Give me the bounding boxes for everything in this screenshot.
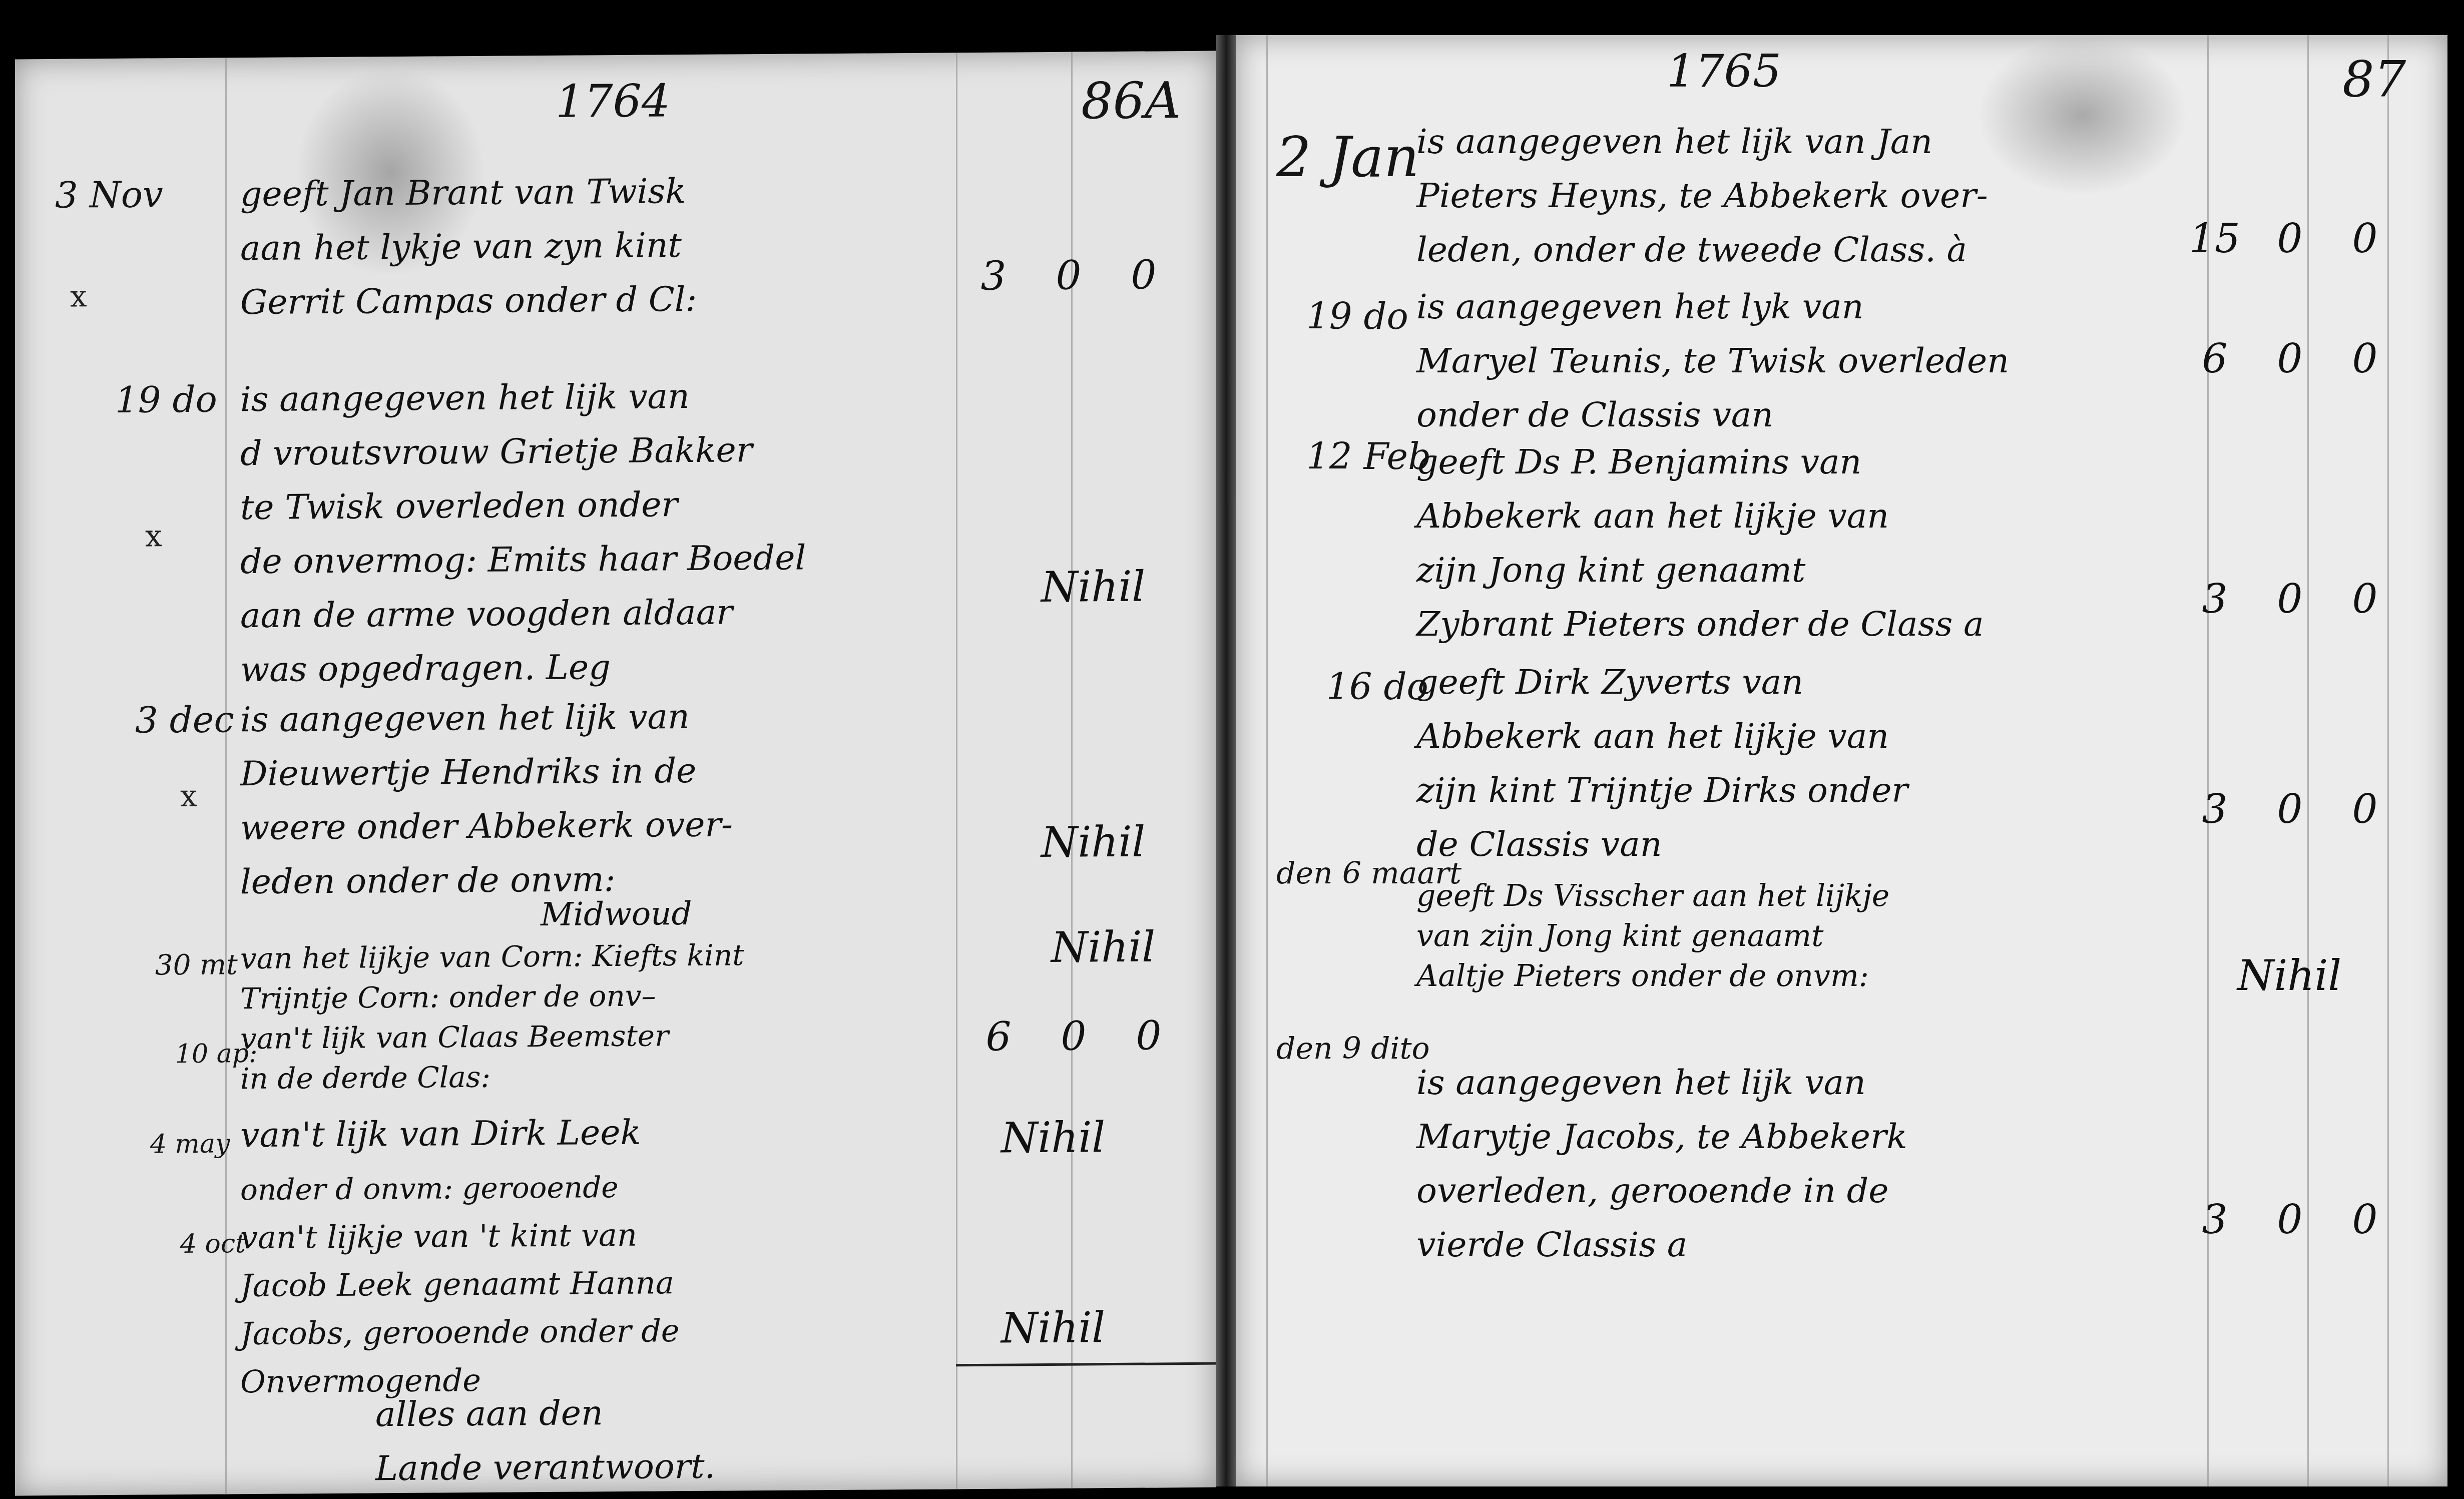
amount-guilders: 3 [2177,1196,2252,1243]
page-number: 86A [1081,71,1181,130]
entry-line: aan de arme voogden aldaar [240,585,806,643]
entry-amount: 300 [2177,786,2402,832]
entry-line: Trijntje Corn: onder de onv– [240,975,744,1019]
entry-amount: 300 [2177,576,2402,622]
amount-penningen: 0 [2327,335,2402,382]
amount-stuivers: 0 [2252,335,2327,382]
ledger-entry: van't lijkje van 't kint van Jacob Leek … [240,1211,680,1406]
amount-guilders: 3 [2177,786,2252,832]
closing-line: alles aan den [375,1386,715,1442]
amount-penningen: 0 [2327,215,2402,262]
entry-line: is aangegeven het lijk van [240,690,733,747]
entry-line: zijn Jong kint genaamt [1416,544,1984,598]
entry-line: de onvermog: Emits haar Boedel [240,531,806,589]
closing-line: Lande verantwoort. [375,1440,715,1496]
entry-line: geeft Dirk Zyverts van [1416,656,1908,710]
entry-date: 2 Jan [1276,125,1419,189]
entry-date: 12 Feb [1306,435,1431,477]
entry-line: Marytje Jacobs, te Abbekerk [1416,1110,1907,1164]
amount-penningen: 0 [2327,1196,2402,1243]
amount-penningen: 0 [1106,251,1181,298]
book-gutter [1216,35,1236,1486]
entry-date: 19 do [115,378,217,421]
total-rule [956,1362,1236,1366]
amount-stuivers: 0 [2252,576,2327,622]
ledger-entry: is aangegeven het lijk van d vroutsvrouw… [240,369,806,697]
entry-line: de Classis van [1416,818,1908,872]
entry-date: 16 do [1326,666,1428,708]
entry-line: is aangegeven het lijk van Jan [1416,115,1988,169]
ledger-entry: geeft Ds Visscher aan het lijkje van zij… [1416,876,1889,996]
entry-line: van't lijk van Dirk Leek [240,1106,641,1163]
margin-rule [225,58,227,1494]
water-stain [1977,35,2187,195]
entry-line: onder d onvm: gerooende [240,1160,641,1217]
entry-line: van't lijk van Claas Beemster [240,1016,669,1059]
entry-date: den 9 dito [1276,1031,1430,1066]
amount-stuivers: 0 [1031,252,1106,299]
entry-line: van't lijkje van 't kint van [240,1211,680,1262]
entry-line: Abbekerk aan het lijkje van [1416,489,1984,544]
entry-amount: 600 [961,1012,1186,1060]
entry-line: vierde Classis a [1416,1218,1907,1272]
entry-amount-nihil: Nihil [2237,951,2341,1000]
amount-guilders: 6 [961,1013,1036,1060]
amount-guilders: 3 [956,252,1031,299]
ledger-entry: geeft Ds P. Benjamins van Abbekerk aan h… [1416,435,1984,652]
right-page: 1765 87 2 Jan is aangegeven het lijk van… [1236,35,2447,1486]
amount-penningen: 0 [2327,786,2402,832]
page-number: 87 [2342,50,2406,109]
entry-mark: x [145,519,162,554]
entry-amount: 300 [956,251,1181,299]
amount-guilders: 15 [2177,215,2252,262]
entry-amount-nihil: Nihil [1041,562,1145,612]
subheading: Midwoud [541,895,692,933]
margin-rule [1266,35,1268,1486]
entry-line: is aangegeven het lijk van [1416,1056,1907,1110]
year-heading: 1764 [556,75,670,128]
entry-line: Jacob Leek genaamt Hanna [240,1259,680,1310]
entry-amount-nihil: Nihil [1051,922,1155,971]
ledger-entry: van het lijkje van Corn: Kiefts kint Tri… [240,935,744,1019]
entry-line: geeft Jan Brant van Twisk [240,165,697,222]
entry-line: geeft Ds P. Benjamins van [1416,435,1984,489]
closing-note: alles aan den Lande verantwoort. [375,1386,715,1496]
entry-line: aan het lykje van zyn kint [240,219,697,276]
entry-amount: 300 [2177,1196,2402,1243]
amount-penningen: 0 [1111,1012,1186,1059]
left-page: 1764 86A 3 Nov x geeft Jan Brant van Twi… [15,51,1216,1496]
entry-line: Zybrant Pieters onder de Class a [1416,598,1984,652]
entry-mark: x [180,779,197,814]
entry-line: was opgedragen. Leg [240,639,806,697]
entry-date: 4 may [150,1129,230,1159]
ledger-entry: geeft Dirk Zyverts van Abbekerk aan het … [1416,656,1908,872]
entry-line: van zijn Jong kint genaamt [1416,916,1889,956]
entry-line: is aangegeven het lijk van [240,369,806,427]
entry-line: overleden, gerooende in de [1416,1164,1907,1218]
entry-line: Dieuwertje Hendriks in de [240,744,733,801]
entry-line: Gerrit Campas onder d Cl: [240,273,697,330]
entry-line: onder de Classis van [1416,388,2009,442]
ledger-spread: 1764 86A 3 Nov x geeft Jan Brant van Twi… [15,25,2457,1491]
entry-line: Aaltje Pieters onder de onvm: [1416,956,1889,996]
ledger-entry: is aangegeven het lijk van Jan Pieters H… [1416,115,1988,277]
entry-line: is aangegeven het lyk van [1416,280,2009,334]
entry-amount: 600 [2177,335,2402,382]
amount-guilders: 3 [2177,576,2252,622]
amount-stuivers: 0 [2252,1196,2327,1243]
entry-line: Maryel Teunis, te Twisk overleden [1416,334,2009,388]
entry-line: Pieters Heyns, te Abbekerk over- [1416,169,1988,223]
entry-date: 30 mt [155,948,238,981]
amount-penningen: 0 [2327,576,2402,622]
ledger-entry: is aangegeven het lijk van Dieuwertje He… [240,690,733,909]
entry-date: 3 dec [135,698,234,741]
ledger-entry: van't lijk van Dirk Leek onder d onvm: g… [240,1106,641,1217]
amount-stuivers: 0 [2252,786,2327,832]
ledger-entry: geeft Jan Brant van Twisk aan het lykje … [240,165,697,330]
entry-line: leden, onder de tweede Class. à [1416,223,1988,277]
entry-line: weere onder Abbekerk over- [240,798,733,855]
ledger-entry: is aangegeven het lyk van Maryel Teunis,… [1416,280,2009,442]
entry-amount-nihil: Nihil [1001,1113,1105,1162]
entry-line: zijn kint Trijntje Dirks onder [1416,764,1908,818]
entry-line: te Twisk overleden onder [240,477,806,535]
entry-mark: x [70,279,87,314]
ledger-entry: van't lijk van Claas Beemster in de derd… [240,1016,669,1099]
ledger-entry: is aangegeven het lijk van Marytje Jacob… [1416,1056,1907,1272]
entry-line: in de derde Clas: [240,1056,669,1099]
entry-amount-nihil: Nihil [1001,1303,1105,1352]
year-heading: 1765 [1667,45,1781,98]
entry-amount: 1500 [2177,215,2402,262]
amount-guilders: 6 [2177,335,2252,382]
entry-line: geeft Ds Visscher aan het lijkje [1416,876,1889,916]
entry-line: van het lijkje van Corn: Kiefts kint [240,935,744,978]
entry-line: Abbekerk aan het lijkje van [1416,710,1908,764]
amount-stuivers: 0 [2252,215,2327,262]
entry-date: 4 oct [180,1229,246,1259]
entry-date: 3 Nov [55,173,163,216]
entry-line: Jacobs, gerooende onder de [240,1307,680,1358]
entry-amount-nihil: Nihil [1041,817,1145,867]
amount-stuivers: 0 [1036,1013,1111,1060]
entry-line: d vroutsvrouw Grietje Bakker [240,423,806,481]
entry-date: 19 do [1306,295,1408,337]
